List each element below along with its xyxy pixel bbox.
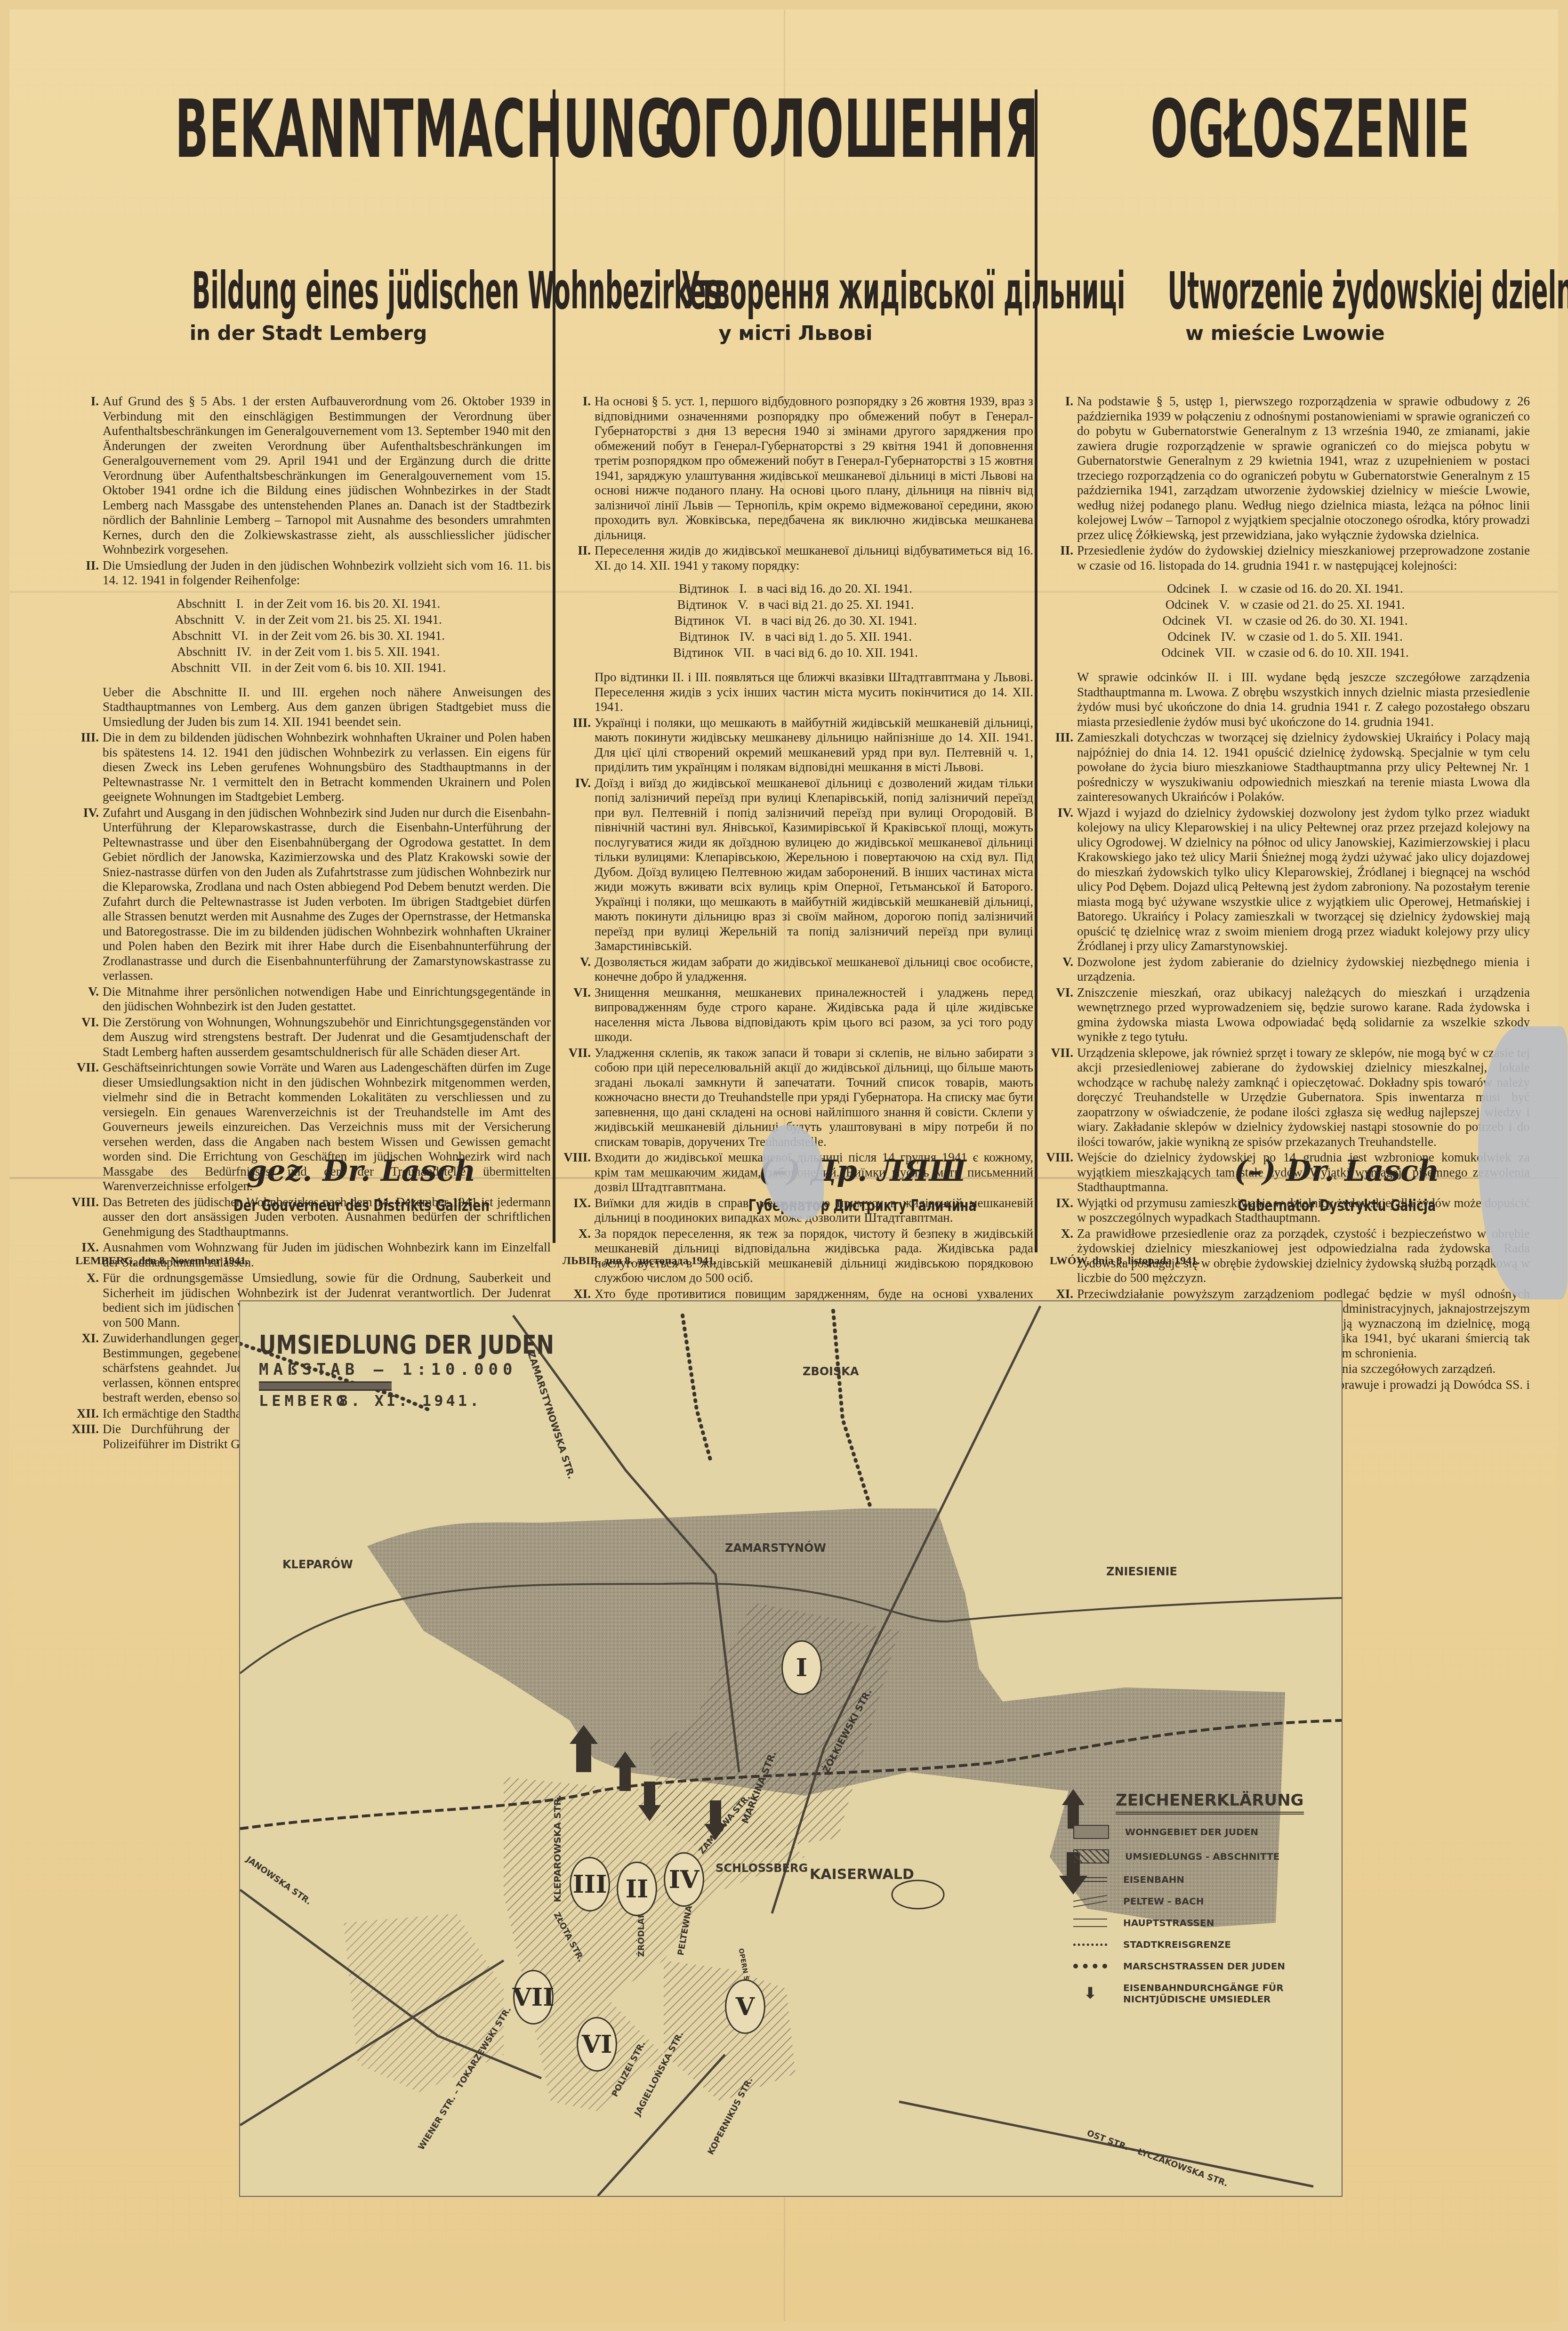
schedule-row: AbschnittVI.in der Zeit vom 26. bis 30. … xyxy=(66,629,551,645)
district-label: ZBOISKA xyxy=(803,1365,859,1378)
march-route-icon xyxy=(1073,1964,1107,1968)
hatched-area-icon xyxy=(1073,1849,1109,1863)
paragraph-number: X. xyxy=(66,1271,103,1330)
paragraph-number: II. xyxy=(558,543,595,573)
paragraph-text: Die Zerstörung von Wohnungen, Wohnungszu… xyxy=(103,1015,551,1060)
paragraph-text: Przesiedlenie żydów do żydowskiej dzieln… xyxy=(1077,543,1530,573)
decree-paragraph: W sprawie odcinków II. i III. wydane będ… xyxy=(1040,670,1530,729)
signature-block-german: gez. Dr. Lasch Der Gouverneur des Distri… xyxy=(191,1153,532,1215)
paragraph-number: XI. xyxy=(66,1331,103,1405)
scale-bar xyxy=(259,1381,392,1391)
paragraph-text: Знищення мешкання, мешканевих приналежно… xyxy=(595,985,1033,1045)
map-drawing xyxy=(240,1301,1342,2196)
paragraph-number: VI. xyxy=(66,1015,103,1060)
paragraph-text: W sprawie odcinków II. i III. wydane będ… xyxy=(1077,670,1530,729)
paragraph-number: VII. xyxy=(66,1060,103,1194)
schedule-row: OdcinekI.w czasie od 16. do 20. XI. 1941… xyxy=(1040,581,1530,597)
legend-item: UMSIEDLUNGS - ABSCHNITTE xyxy=(1073,1849,1318,1863)
paragraph-text: Urządzenia sklepowe, jak również sprzęt … xyxy=(1077,1046,1530,1150)
decree-paragraph: VII.Urządzenia sklepowe, jak również spr… xyxy=(1040,1046,1530,1150)
schedule-row: ВідтинокVII.в часі від 6. до 10. XII. 19… xyxy=(558,645,1033,661)
decree-paragraph: IV.Wjazd i wyjazd do dzielnicy żydowskie… xyxy=(1040,806,1530,954)
subtitle-polish: Utworzenie żydowskiej dzielnicy xyxy=(1167,266,1402,317)
paragraph-number xyxy=(66,685,103,730)
city-polish: w mieście Lwowie xyxy=(1040,322,1530,345)
district-label: KLEPARÓW xyxy=(282,1558,353,1571)
decree-paragraph: IV.Доїзд і виїзд до жидівської мешканево… xyxy=(558,776,1033,954)
map-scale: MAßSTAB — 1:10.000 xyxy=(259,1360,517,1379)
paragraph-text: Уладження склепів, як також запаси й тов… xyxy=(595,1046,1033,1150)
headline-ukrainian: ОГОЛОШЕННЯ xyxy=(665,89,926,169)
schedule-row: OdcinekV.w czasie od 21. do 25. XI. 1941… xyxy=(1040,597,1530,613)
paragraph-number: VII. xyxy=(1040,1046,1077,1150)
decree-paragraph: V.Die Mitnahme ihrer persönlichen notwen… xyxy=(66,984,551,1014)
boundary-icon xyxy=(1073,1944,1107,1946)
resettlement-schedule: OdcinekI.w czasie od 16. do 20. XI. 1941… xyxy=(1040,581,1530,661)
paragraph-number: III. xyxy=(558,716,595,775)
section-v-area xyxy=(664,1960,796,2102)
main-road-icon xyxy=(1073,1919,1107,1927)
shaded-area-icon xyxy=(1073,1825,1109,1839)
section-marker: V xyxy=(725,1979,765,2034)
decree-paragraph: II.Переселення жидів до жидівської мешка… xyxy=(558,543,1033,573)
dateline-polish: LWÓW, dnia 8. listopada 1941. xyxy=(1050,1255,1200,1267)
decree-paragraph: III.Українці і поляки, що мешкають в май… xyxy=(558,716,1033,775)
legend-title: ZEICHENERKLÄRUNG xyxy=(1116,1791,1304,1815)
legend-item: PELTEW - BACH xyxy=(1073,1895,1318,1907)
paragraph-text: Auf Grund des § 5 Abs. 1 der ersten Aufb… xyxy=(103,394,551,557)
signatory-role-german: Der Gouverneur des Distrikts Galizien xyxy=(233,1196,489,1215)
dateline-ukrainian: ЛЬВІВ, дня 8. листопада 1941. xyxy=(563,1255,716,1267)
signatory-role-polish: Gubernator Dystryktu Galicja xyxy=(1238,1196,1436,1215)
legend-item: STADTKREISGRENZE xyxy=(1073,1939,1318,1950)
paragraph-number: XII. xyxy=(66,1406,103,1421)
legend-item: ⬇EISENBAHNDURCHGÄNGE FÜR NICHTJÜDISCHE U… xyxy=(1073,1982,1318,2005)
schedule-row: AbschnittIV.in der Zeit vom 1. bis 5. XI… xyxy=(66,645,551,661)
paragraph-number: I. xyxy=(66,394,103,557)
paragraph-number: II. xyxy=(1040,543,1077,573)
ghetto-map: UMSIEDLUNG DER JUDEN MAßSTAB — 1:10.000 … xyxy=(239,1300,1343,2197)
signature-block-ukrainian: (–) Др. ЛЯШ Губернатор Дистрикту Галичин… xyxy=(710,1153,1014,1215)
paragraph-number: II. xyxy=(66,558,103,588)
schedule-row: AbschnittV.in der Zeit vom 21. bis 25. X… xyxy=(66,613,551,629)
decree-paragraph: V.Дозволяється жидам забрати до жидівськ… xyxy=(558,955,1033,984)
dateline-german: LEMBERG, den 8. November 1941. xyxy=(75,1255,249,1267)
signature-ukrainian: (–) Др. ЛЯШ xyxy=(710,1153,1014,1188)
decree-paragraph: I.На основі § 5. уст. 1, першого відбудо… xyxy=(558,394,1033,542)
polish-column: OGŁOSZENIE Utworzenie żydowskiej dzielni… xyxy=(1040,85,1530,1285)
section-vii-area xyxy=(344,1913,504,2092)
city-german: in der Stadt Lemberg xyxy=(66,322,551,345)
decree-paragraph: I.Na podstawie § 5, ustęp 1, pierwszego … xyxy=(1040,394,1530,542)
paragraph-text: Wjazd i wyjazd do dzielnicy żydowskiej d… xyxy=(1077,806,1530,954)
district-label: KAISERWALD xyxy=(810,1866,914,1883)
paragraph-number: IV. xyxy=(1040,806,1077,954)
paragraph-text: Переселення жидів до жидівської мешканев… xyxy=(595,543,1033,573)
signature-block-polish: (–) Dr. Lasch Gubernator Dystryktu Galic… xyxy=(1205,1153,1469,1215)
resettlement-schedule: ВідтинокI.в часі від 16. до 20. XI. 1941… xyxy=(558,581,1033,661)
paragraph-number xyxy=(558,670,595,715)
schedule-row: OdcinekIV.w czasie od 1. do 5. XII. 1941… xyxy=(1040,629,1530,645)
paragraph-number: I. xyxy=(558,394,595,542)
map-place: LEMBERG xyxy=(259,1392,349,1410)
schedule-row: ВідтинокI.в часі від 16. до 20. XI. 1941… xyxy=(558,581,1033,597)
decree-paragraph: VI.Знищення мешкання, мешканевих принале… xyxy=(558,985,1033,1045)
district-label: SCHLOSSBERG xyxy=(716,1862,808,1875)
headline-polish: OGŁOSZENIE xyxy=(1150,89,1420,169)
decree-paragraph: V.Dozwolone jest żydom zabieranie do dzi… xyxy=(1040,955,1530,984)
headline-german: BEKANNTMACHUNG xyxy=(175,89,442,169)
street-label: KLEPAROWSKA STR. xyxy=(552,1795,563,1902)
district-label: ZNIESIENIE xyxy=(1106,1565,1177,1578)
paragraph-text: Дозволяється жидам забрати до жидівської… xyxy=(595,955,1033,984)
section-marker: III xyxy=(570,1857,610,1912)
paragraph-text: Die Umsiedlung der Juden in den jüdische… xyxy=(103,558,551,588)
paragraph-text: Die in dem zu bildenden jüdischen Wohnbe… xyxy=(103,730,551,805)
district-label: ZAMARSTYNÓW xyxy=(725,1541,826,1555)
paragraph-number: V. xyxy=(1040,955,1077,984)
german-column: BEKANNTMACHUNG Bildung eines jüdischen W… xyxy=(66,85,551,1285)
section-marker: VII xyxy=(513,1970,554,2025)
paragraph-number: VIII. xyxy=(66,1195,103,1240)
schlossberg-hill xyxy=(892,1880,944,1909)
legend-item: EISENBAHN xyxy=(1073,1874,1318,1885)
paragraph-text: Про відтинки II. і III. появляться ще бл… xyxy=(595,670,1033,715)
paragraph-number: V. xyxy=(558,955,595,984)
schedule-row: AbschnittVII.in der Zeit vom 6. bis 10. … xyxy=(66,661,551,677)
city-ukrainian: у місті Львові xyxy=(558,322,1033,345)
paragraph-number: III. xyxy=(1040,730,1077,805)
resettlement-schedule: AbschnittI.in der Zeit vom 16. bis 20. X… xyxy=(66,597,551,677)
body-german: I.Auf Grund des § 5 Abs. 1 der ersten Au… xyxy=(66,394,551,1452)
paragraph-number: VI. xyxy=(558,985,595,1045)
paragraph-number xyxy=(1040,670,1077,729)
paragraph-text: На основі § 5. уст. 1, першого відбудовн… xyxy=(595,394,1033,542)
decree-paragraph: III.Die in dem zu bildenden jüdischen Wo… xyxy=(66,730,551,805)
railway-icon xyxy=(1073,1877,1107,1882)
paragraph-number: IV. xyxy=(558,776,595,954)
paragraph-text: Ueber die Abschnitte II. und III. ergehe… xyxy=(103,685,551,730)
paragraph-number: III. xyxy=(66,730,103,805)
paragraph-number: VIII. xyxy=(558,1150,595,1195)
section-marker: II xyxy=(617,1862,657,1916)
paragraph-text: Na podstawie § 5, ustęp 1, pierwszego ro… xyxy=(1077,394,1530,542)
brook-icon xyxy=(1073,1895,1107,1908)
subtitle-german: Bildung eines jüdischen Wohnbezirkes xyxy=(192,266,425,317)
paragraph-text: Dozwolone jest żydom zabieranie do dziel… xyxy=(1077,955,1530,984)
paragraph-number: VIII. xyxy=(1040,1150,1077,1195)
decree-paragraph: Ueber die Abschnitte II. und III. ergehe… xyxy=(66,685,551,730)
legend-item: WOHNGEBIET DER JUDEN xyxy=(1073,1825,1318,1839)
decree-paragraph: VI.Zniszczenie mieszkań, oraz ubikacyj n… xyxy=(1040,985,1530,1045)
paragraph-number: V. xyxy=(66,984,103,1014)
paragraph-number: IX. xyxy=(558,1196,595,1226)
paragraph-text: Zufahrt und Ausgang in den jüdischen Woh… xyxy=(103,806,551,984)
section-marker: VI xyxy=(577,2017,617,2072)
signature-german: gez. Dr. Lasch xyxy=(191,1153,532,1188)
schedule-row: ВідтинокVI.в часі від 26. до 30. XI. 194… xyxy=(558,613,1033,629)
section-marker: IV xyxy=(664,1852,704,1907)
decree-paragraph: I.Auf Grund des § 5 Abs. 1 der ersten Au… xyxy=(66,394,551,557)
decree-paragraph: VI.Die Zerstörung von Wohnungen, Wohnung… xyxy=(66,1015,551,1060)
legend-item: HAUPTSTRASSEN xyxy=(1073,1917,1318,1928)
decree-paragraph: Про відтинки II. і III. появляться ще бл… xyxy=(558,670,1033,715)
paragraph-text: Доїзд і виїзд до жидівської мешканевої д… xyxy=(595,776,1033,954)
signature-polish: (–) Dr. Lasch xyxy=(1205,1153,1469,1188)
paragraph-number: IV. xyxy=(66,806,103,984)
subtitle-ukrainian: Утворення жидівської дільниці xyxy=(682,266,910,317)
schedule-row: ВідтинокIV.в часі від 1. до 5. XII. 1941… xyxy=(558,629,1033,645)
schedule-row: ВідтинокV.в часі від 21. до 25. XI. 1941… xyxy=(558,597,1033,613)
paragraph-number: I. xyxy=(1040,394,1077,542)
paragraph-number: XIII. xyxy=(66,1422,103,1452)
legend-item: MARSCHSTRASSEN DER JUDEN xyxy=(1073,1960,1318,1972)
paragraph-text: Zamieszkali dotychczas w tworzącej się d… xyxy=(1077,730,1530,805)
paragraph-number: VII. xyxy=(558,1046,595,1150)
ukrainian-column: ОГОЛОШЕННЯ Утворення жидівської дільниці… xyxy=(558,85,1033,1285)
map-date: 8. XI. 1941. xyxy=(339,1392,482,1410)
decree-paragraph: IV.Zufahrt und Ausgang in den jüdischen … xyxy=(66,806,551,984)
down-arrow-icon: ⬇ xyxy=(1073,1987,1107,2000)
paragraph-number: IX. xyxy=(1040,1196,1077,1226)
schedule-row: OdcinekVII.w czasie od 6. do 10. XII. 19… xyxy=(1040,645,1530,661)
paragraph-text: Zniszczenie mieszkań, oraz ubikacyj nale… xyxy=(1077,985,1530,1045)
schedule-row: OdcinekVI.w czasie od 26. do 30. XI. 194… xyxy=(1040,613,1530,629)
map-legend: ZEICHENERKLÄRUNG WOHNGEBIET DER JUDEN UM… xyxy=(1073,1791,1318,2005)
decree-paragraph: II.Przesiedlenie żydów do żydowskiej dzi… xyxy=(1040,543,1530,573)
schedule-row: AbschnittI.in der Zeit vom 16. bis 20. X… xyxy=(66,597,551,613)
decree-paragraph: III.Zamieszkali dotychczas w tworzącej s… xyxy=(1040,730,1530,805)
map-title: UMSIEDLUNG DER JUDEN xyxy=(259,1330,554,1360)
section-marker: I xyxy=(781,1640,822,1695)
decree-paragraph: II.Die Umsiedlung der Juden in den jüdis… xyxy=(66,558,551,588)
paragraph-number: VI. xyxy=(1040,985,1077,1045)
paragraph-text: Українці і поляки, що мешкають в майбутн… xyxy=(595,716,1033,775)
paragraph-text: Die Mitnahme ihrer persönlichen notwendi… xyxy=(103,984,551,1014)
